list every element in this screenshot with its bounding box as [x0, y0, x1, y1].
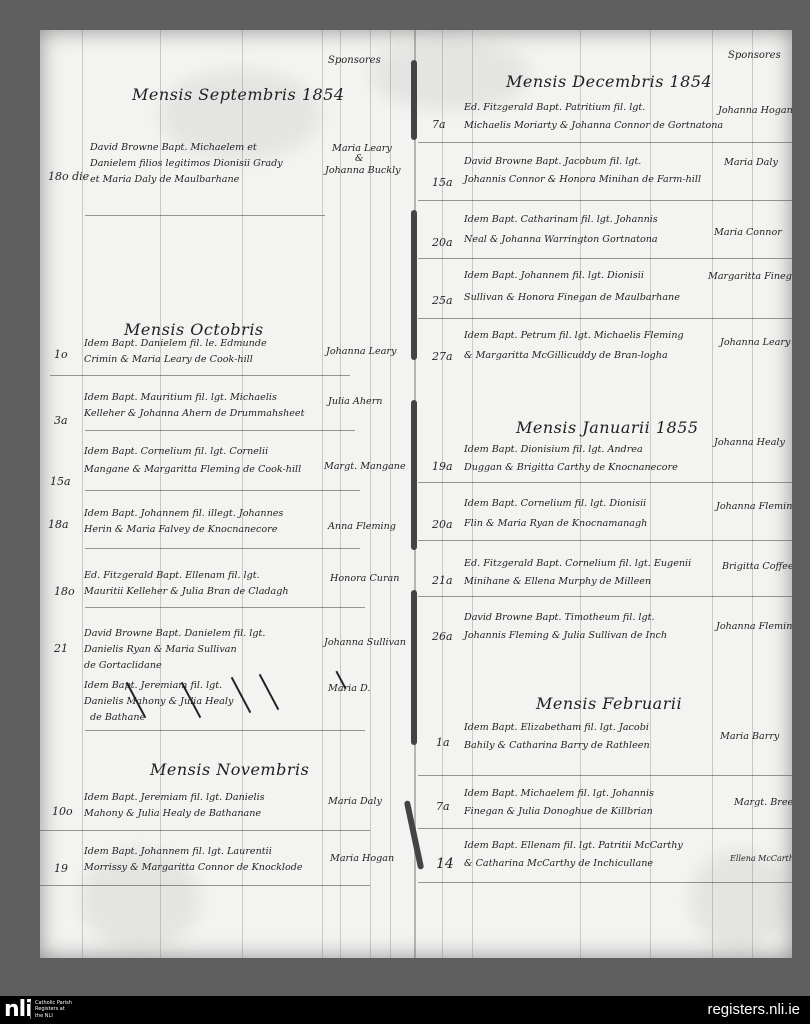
strikethrough-mark: [259, 674, 280, 710]
entry-text-line: et Maria Daly de Maulbarhane: [90, 172, 239, 187]
logo-subtitle: Catholic Parish Registers at the NLI: [35, 1000, 72, 1019]
strikethrough-mark: [231, 677, 252, 713]
entry-date: 14: [436, 856, 454, 872]
entry-text-line: Idem Bapt. Ellenam fil. lgt. Patritii Mc…: [464, 838, 683, 853]
entry-divider: [85, 548, 360, 549]
entry-text-line: Idem Bapt. Cornelium fil. lgt. Cornelii: [84, 444, 268, 459]
entry-text-line: Danielem filios legitimos Dionisii Grady: [90, 156, 283, 171]
sponsor-name: Maria Connor: [714, 226, 782, 239]
binding-stitch: [411, 590, 417, 745]
entry-text-line: Crimin & Maria Leary de Cook-hill: [84, 352, 253, 367]
entry-date: 25a: [432, 294, 453, 307]
entry-divider: [85, 607, 365, 608]
entry-divider: [40, 830, 370, 831]
entry-text-line: Morrissy & Margaritta Connor de Knocklod…: [84, 860, 303, 875]
month-heading: Mensis Novembris: [150, 760, 309, 779]
entry-date: 18o: [54, 585, 75, 598]
entry-divider: [418, 482, 792, 483]
water-stain: [690, 850, 790, 950]
entry-text-line: Mahony & Julia Healy de Bathanane: [84, 806, 261, 821]
entry-text-line: Johannis Connor & Honora Minihan de Farm…: [464, 172, 701, 187]
entry-text-line: David Browne Bapt. Danielem fil. lgt.: [84, 626, 265, 641]
sponsor-name: Margt. Mangane: [324, 460, 406, 473]
sponsor-name: Johanna Leary: [720, 336, 790, 349]
sponsor-name: Ellena McCarthy: [730, 852, 792, 865]
column-rule: [712, 30, 713, 958]
entry-text-line: Idem Bapt. Johannem fil. illegt. Johanne…: [84, 506, 283, 521]
sponsor-name: Anna Fleming: [328, 520, 396, 533]
entry-text-line: Johannis Fleming & Julia Sullivan de Inc…: [464, 628, 667, 643]
sponsor-name: Honora Curan: [330, 572, 399, 585]
sponsors-column-header: Sponsores: [328, 55, 381, 66]
entry-divider: [85, 215, 325, 216]
entry-text-line: Danielis Ryan & Maria Sullivan: [84, 642, 237, 657]
entry-divider: [40, 885, 370, 886]
entry-text-line: Neal & Johanna Warrington Gortnatona: [464, 232, 658, 247]
sponsor-name: Maria Daly: [328, 795, 382, 808]
entry-text-line: Ed. Fitzgerald Bapt. Cornelium fil. lgt.…: [464, 556, 691, 571]
entry-text-line: Herin & Maria Falvey de Knocnanecore: [84, 522, 277, 537]
entry-date: 19a: [432, 460, 453, 473]
entry-text-line: Finegan & Julia Donoghue de Killbrian: [464, 804, 653, 819]
sponsor-name: Johanna Sullivan: [324, 636, 406, 649]
entry-date: 18a: [48, 518, 69, 531]
entry-text-line: Idem Bapt. Dionisium fil. lgt. Andrea: [464, 442, 643, 457]
entry-text-line: Mauritii Kelleher & Julia Bran de Cladag…: [84, 584, 289, 599]
sponsor-name: Maria Barry: [720, 730, 779, 743]
sponsor-name: Johanna Buckly: [325, 164, 401, 177]
entry-date: 7a: [436, 800, 450, 813]
entry-text-line: Idem Bapt. Danielem fil. le. Edmunde: [84, 336, 267, 351]
entry-date: 1o: [54, 348, 68, 361]
entry-text-line: Mangane & Margaritta Fleming de Cook-hil…: [84, 462, 301, 477]
entry-divider: [418, 828, 792, 829]
binding-stitch: [411, 400, 417, 550]
sponsor-name: Johanna Fleming: [716, 620, 792, 633]
column-rule: [442, 30, 443, 958]
entry-date: 7a: [432, 118, 446, 131]
entry-text-line: Minihane & Ellena Murphy de Milleen: [464, 574, 651, 589]
sponsor-name: Brigitta Coffee: [722, 560, 792, 573]
sponsor-name: Maria Daly: [724, 156, 778, 169]
entry-text-line: David Browne Bapt. Michaelem et: [90, 140, 257, 155]
viewer-footer: nli Catholic Parish Registers at the NLI…: [0, 996, 810, 1024]
entry-text-line: Michaelis Moriarty & Johanna Connor de G…: [464, 118, 723, 133]
nli-logo[interactable]: nli: [4, 1000, 32, 1020]
logo-subtitle-line: the NLI: [35, 1013, 72, 1019]
entry-text-line: & Margaritta McGillicuddy de Bran-logha: [464, 348, 668, 363]
entry-text-line: Flin & Maria Ryan de Knocnamanagh: [464, 516, 647, 531]
entry-date: 20a: [432, 236, 453, 249]
entry-text-line: Idem Bapt. Mauritium fil. lgt. Michaelis: [84, 390, 277, 405]
entry-date: 15a: [50, 475, 71, 488]
entry-text-line: Idem Bapt. Catharinam fil. lgt. Johannis: [464, 212, 658, 227]
entry-text-line: Idem Bapt. Elizabetham fil. lgt. Jacobi: [464, 720, 649, 735]
register-scan: Sponsores Mensis Septembris 1854 18o die…: [40, 30, 792, 958]
sponsor-name: Margt. Breen: [734, 796, 792, 809]
entry-divider: [85, 490, 360, 491]
sponsor-name: Maria D.: [328, 682, 370, 695]
entry-text-line: Danielis Mahony & Julia Healy: [84, 694, 233, 709]
column-rule: [322, 30, 323, 958]
entry-divider: [418, 775, 792, 776]
entry-date: 10o: [52, 805, 73, 818]
sponsor-name: Maria Hogan: [330, 852, 394, 865]
entry-text-line: de Bathane: [90, 710, 145, 725]
column-rule: [752, 30, 753, 958]
entry-text-line: de Gortaclidane: [84, 658, 162, 673]
entry-text-line: Sullivan & Honora Finegan de Maulbarhane: [464, 290, 680, 305]
month-heading: Mensis Februarii: [536, 694, 682, 713]
entry-divider: [50, 375, 350, 376]
entry-date: 26a: [432, 630, 453, 643]
entry-text-line: Idem Bapt. Johannem fil. lgt. Laurentii: [84, 844, 272, 859]
entry-text-line: Ed. Fitzgerald Bapt. Patritium fil. lgt.: [464, 100, 645, 115]
entry-date: 21a: [432, 574, 453, 587]
sponsor-name: Julia Ahern: [328, 395, 382, 408]
entry-divider: [418, 258, 792, 259]
entry-date: 27a: [432, 350, 453, 363]
sponsor-name: Margaritta Finegan: [708, 270, 792, 283]
sponsor-name: Johanna Fleming: [716, 500, 792, 513]
entry-text-line: Idem Bapt. Jeremiam fil. lgt. Danielis: [84, 790, 265, 805]
month-heading: Mensis Decembris 1854: [506, 72, 712, 91]
month-heading: Mensis Septembris 1854: [132, 85, 345, 104]
entry-date: 3a: [54, 414, 68, 427]
entry-date: 18o die: [48, 170, 89, 183]
month-heading: Mensis Januarii 1855: [516, 418, 699, 437]
entry-text-line: Ed. Fitzgerald Bapt. Ellenam fil. lgt.: [84, 568, 260, 583]
entry-date: 1a: [436, 736, 450, 749]
entry-date: 20a: [432, 518, 453, 531]
entry-text-line: Bahily & Catharina Barry de Rathleen: [464, 738, 650, 753]
entry-date: 15a: [432, 176, 453, 189]
entry-text-line: Idem Bapt. Jeremiam fil. lgt.: [84, 678, 222, 693]
entry-text-line: Idem Bapt. Johannem fil. lgt. Dionisii: [464, 268, 644, 283]
logo-divider: [30, 1001, 31, 1019]
entry-divider: [418, 200, 792, 201]
entry-text-line: Kelleher & Johanna Ahern de Drummahsheet: [84, 406, 304, 421]
sponsor-name: Johanna Leary: [326, 345, 396, 358]
binding-stitch: [411, 60, 417, 140]
site-link[interactable]: registers.nli.ie: [707, 1001, 800, 1018]
sponsors-column-header: Sponsores: [728, 50, 781, 61]
binding-stitch: [411, 210, 417, 360]
entry-divider: [418, 142, 792, 143]
entry-date: 21: [54, 642, 68, 655]
entry-divider: [418, 596, 792, 597]
sponsor-name: Johanna Hogan: [718, 104, 792, 117]
entry-divider: [418, 318, 792, 319]
sponsor-name: Johanna Healy: [714, 436, 785, 449]
entry-text-line: Idem Bapt. Michaelem fil. lgt. Johannis: [464, 786, 654, 801]
entry-text-line: David Browne Bapt. Timotheum fil. lgt.: [464, 610, 655, 625]
entry-divider: [85, 430, 355, 431]
entry-text-line: Idem Bapt. Cornelium fil. lgt. Dionisii: [464, 496, 646, 511]
entry-text-line: Idem Bapt. Petrum fil. lgt. Michaelis Fl…: [464, 328, 684, 343]
entry-divider: [85, 730, 365, 731]
entry-text-line: David Browne Bapt. Jacobum fil. lgt.: [464, 154, 641, 169]
entry-divider: [418, 882, 792, 883]
entry-text-line: & Catharina McCarthy de Inchicullane: [464, 856, 653, 871]
entry-date: 19: [54, 862, 68, 875]
entry-text-line: Duggan & Brigitta Carthy de Knocnanecore: [464, 460, 678, 475]
entry-divider: [418, 540, 792, 541]
